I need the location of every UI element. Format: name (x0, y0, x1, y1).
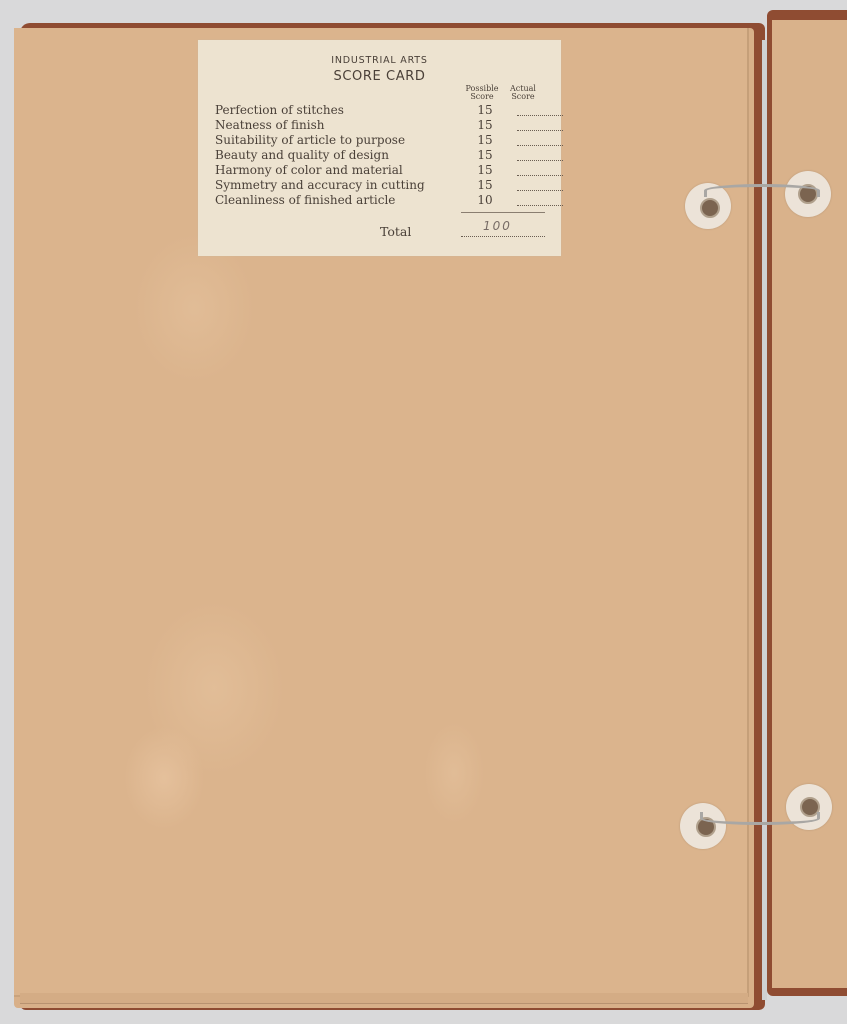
binder-ring-icon (700, 812, 820, 825)
card-title: SCORE CARD (198, 69, 561, 84)
possible-score: 15 (473, 178, 497, 192)
actual-score-blank (517, 205, 563, 206)
criterion: Harmony of color and material (215, 163, 403, 177)
actual-score-header: Actual Score (503, 85, 543, 101)
score-row: Suitability of article to purpose 15 (215, 133, 555, 149)
punch-hole-icon (700, 198, 720, 218)
possible-score: 15 (473, 163, 497, 177)
card-subtitle: INDUSTRIAL ARTS (198, 55, 561, 66)
score-row: Perfection of stitches 15 (215, 103, 555, 119)
possible-score: 15 (473, 103, 497, 117)
actual-score-blank (517, 160, 563, 161)
total-handwritten-value: 100 (483, 219, 512, 233)
header-line: Score (503, 93, 543, 101)
possible-score: 15 (473, 133, 497, 147)
score-row: Neatness of finish 15 (215, 118, 555, 134)
score-row: Beauty and quality of design 15 (215, 148, 555, 164)
possible-score: 15 (473, 148, 497, 162)
sum-rule (461, 212, 545, 213)
possible-score: 10 (473, 193, 497, 207)
criterion: Suitability of article to purpose (215, 133, 405, 147)
criterion: Symmetry and accuracy in cutting (215, 178, 425, 192)
score-row: Cleanliness of finished article 10 (215, 193, 555, 209)
score-row: Harmony of color and material 15 (215, 163, 555, 179)
total-line (461, 236, 545, 237)
actual-score-blank (517, 175, 563, 176)
actual-score-blank (517, 190, 563, 191)
page-edges (20, 993, 748, 1004)
facing-page (772, 20, 847, 988)
actual-score-blank (517, 130, 563, 131)
total-label: Total (380, 224, 411, 239)
actual-score-blank (517, 145, 563, 146)
criterion: Cleanliness of finished article (215, 193, 395, 207)
criterion: Perfection of stitches (215, 103, 344, 117)
binder-ring-icon (704, 184, 820, 197)
score-card: INDUSTRIAL ARTS SCORE CARD Possible Scor… (198, 40, 561, 256)
criterion: Beauty and quality of design (215, 148, 389, 162)
header-line: Score (462, 93, 502, 101)
score-row: Symmetry and accuracy in cutting 15 (215, 178, 555, 194)
possible-score: 15 (473, 118, 497, 132)
possible-score-header: Possible Score (462, 85, 502, 101)
actual-score-blank (517, 115, 563, 116)
criterion: Neatness of finish (215, 118, 324, 132)
